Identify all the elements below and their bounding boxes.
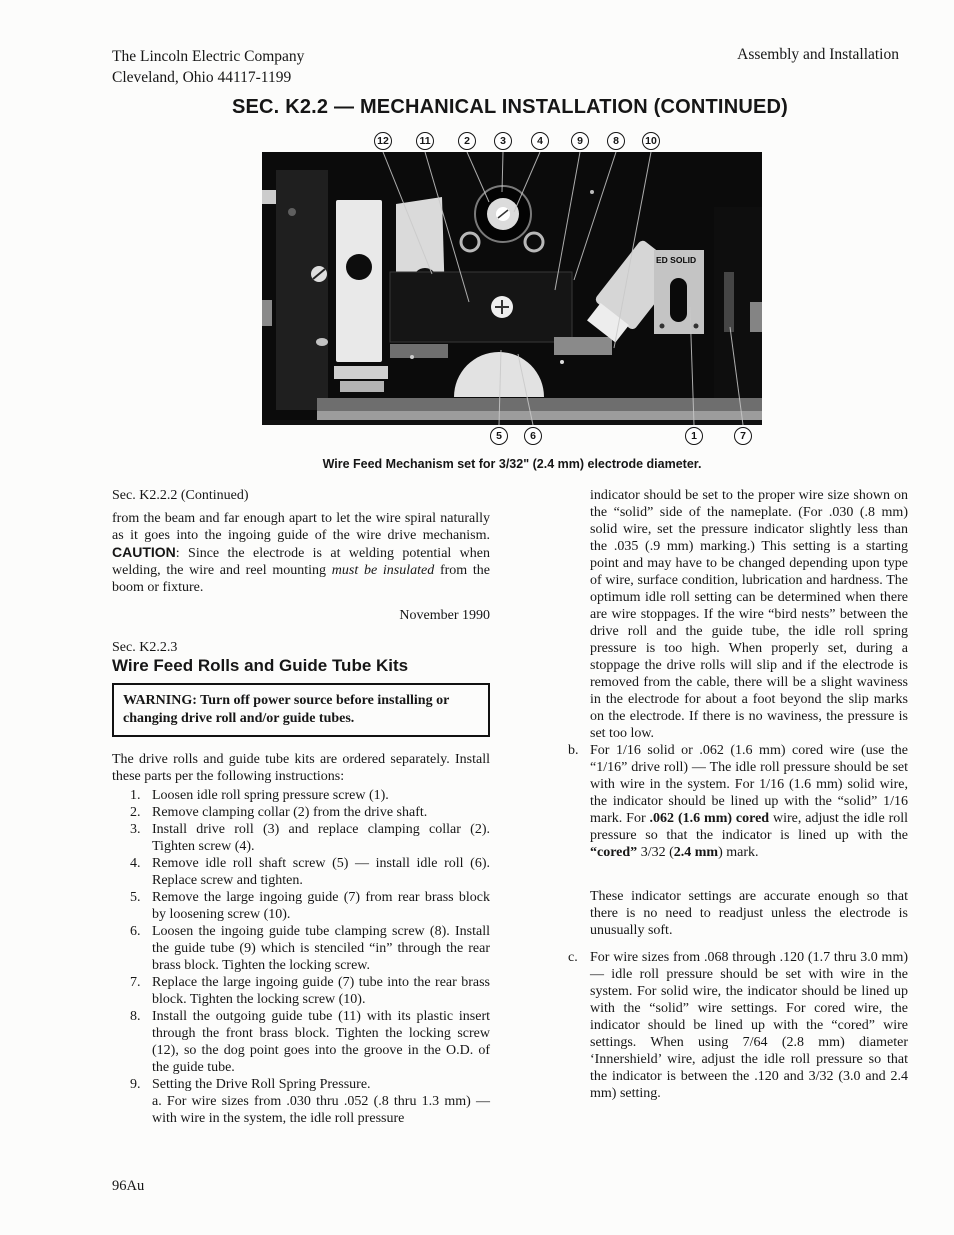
callout-marker: 9 xyxy=(571,132,589,150)
left-column: Sec. K2.2.2 (Continued) from the beam an… xyxy=(112,487,490,1127)
item-text: Replace the large ingoing guide (7) tube… xyxy=(152,974,490,1008)
manual-page: The Lincoln Electric Company Cleveland, … xyxy=(0,0,954,1235)
spacer xyxy=(568,861,908,888)
item-c-text: For wire sizes from .068 through .120 (1… xyxy=(590,949,908,1102)
callouts-top: 12 11 2 3 4 9 8 10 xyxy=(262,130,762,152)
item-c: c. For wire sizes from .068 through .120… xyxy=(568,949,908,1102)
item-b-text: 3/32 ( xyxy=(637,845,674,860)
item-text: Remove clamping collar (2) from the driv… xyxy=(152,804,490,821)
warning-label: WARNING: xyxy=(123,693,197,708)
item-number: 4. xyxy=(130,855,152,889)
item-b-bold: .062 (1.6 mm) cored xyxy=(650,811,770,826)
warning-box: WARNING: Turn off power source before in… xyxy=(112,683,490,737)
instructions-list: 1.Loosen idle roll spring pressure screw… xyxy=(112,787,490,1127)
item-number: 1. xyxy=(130,787,152,804)
clamp-block xyxy=(390,272,572,342)
item-b: b. For 1/16 solid or .062 (1.6 mm) cored… xyxy=(568,742,908,861)
callout-marker: 1 xyxy=(685,427,703,445)
company-address: The Lincoln Electric Company Cleveland, … xyxy=(112,46,304,88)
body-columns: Sec. K2.2.2 (Continued) from the beam an… xyxy=(112,487,908,1127)
paragraph-indicator-settings: These indicator settings are accurate en… xyxy=(590,888,908,939)
section-number: Sec. K2.2.3 xyxy=(112,640,490,656)
figure-caption: Wire Feed Mechanism set for 3/32" (2.4 m… xyxy=(262,457,762,471)
para-text-italic: must be insulated xyxy=(332,563,434,578)
wire-feed-figure: 12 11 2 3 4 9 8 10 xyxy=(262,130,762,471)
item-label: c. xyxy=(568,949,590,1102)
callout-marker: 11 xyxy=(416,132,434,150)
item-text: Setting the Drive Roll Spring Pressure. xyxy=(152,1076,490,1093)
list-item: 8.Install the outgoing guide tube (11) w… xyxy=(112,1008,490,1076)
list-item: 2.Remove clamping collar (2) from the dr… xyxy=(112,804,490,821)
sub-item-text: For wire sizes from .030 thru .052 (.8 t… xyxy=(152,1094,490,1126)
wire-feed-photo-svg: ED SOLID xyxy=(262,152,762,425)
item-number: 2. xyxy=(130,804,152,821)
section-heading: Wire Feed Rolls and Guide Tube Kits xyxy=(112,656,490,676)
company-city: Cleveland, Ohio 44117-1199 xyxy=(112,67,304,88)
item-number: 5. xyxy=(130,889,152,923)
list-item: 9.Setting the Drive Roll Spring Pressure… xyxy=(112,1076,490,1093)
list-item: 3.Install drive roll (3) and replace cla… xyxy=(112,821,490,855)
callout-marker: 8 xyxy=(607,132,625,150)
item-number: 8. xyxy=(130,1008,152,1076)
item-b-bold: 2.4 mm xyxy=(674,845,718,860)
page-number: 96Au xyxy=(112,1178,144,1195)
item-text: Loosen idle roll spring pressure screw (… xyxy=(152,787,490,804)
para-text: from the beam and far enough apart to le… xyxy=(112,511,490,543)
item-text: Loosen the ingoing guide tube clamping s… xyxy=(152,923,490,974)
section-continued-label: Sec. K2.2.2 (Continued) xyxy=(112,487,490,504)
list-item: 1.Loosen idle roll spring pressure screw… xyxy=(112,787,490,804)
header-section-title: Assembly and Installation xyxy=(737,46,899,64)
item-number: 7. xyxy=(130,974,152,1008)
paragraph-pressure-setting: indicator should be set to the proper wi… xyxy=(590,487,908,742)
callout-marker: 2 xyxy=(458,132,476,150)
item-text: Remove the large ingoing guide (7) from … xyxy=(152,889,490,923)
item-text: For 1/16 solid or .062 (1.6 mm) cored wi… xyxy=(590,742,908,861)
caution-label: CAUTION xyxy=(112,544,176,560)
spacer xyxy=(568,939,908,949)
list-item: 6.Loosen the ingoing guide tube clamping… xyxy=(112,923,490,974)
item-number: 9. xyxy=(130,1076,152,1093)
item-number: 3. xyxy=(130,821,152,855)
item-text: Remove idle roll shaft screw (5) — insta… xyxy=(152,855,490,889)
nameplate: ED SOLID xyxy=(654,250,704,334)
callout-marker: 6 xyxy=(524,427,542,445)
callout-marker: 7 xyxy=(734,427,752,445)
callout-marker: 10 xyxy=(642,132,660,150)
callout-marker: 12 xyxy=(374,132,392,150)
item-number: 6. xyxy=(130,923,152,974)
nameplate-label: ED SOLID xyxy=(656,255,696,265)
item-text: Install the outgoing guide tube (11) wit… xyxy=(152,1008,490,1076)
list-item: 7.Replace the large ingoing guide (7) tu… xyxy=(112,974,490,1008)
page-title: SEC. K2.2 — MECHANICAL INSTALLATION (CON… xyxy=(112,96,908,119)
item-label: b. xyxy=(568,742,590,861)
sub-item-a: a. For wire sizes from .030 thru .052 (.… xyxy=(152,1093,490,1127)
right-column: indicator should be set to the proper wi… xyxy=(568,487,908,1127)
callouts-bottom: 5 6 1 7 xyxy=(262,425,762,447)
callout-marker: 4 xyxy=(531,132,549,150)
list-item: 5.Remove the large ingoing guide (7) fro… xyxy=(112,889,490,923)
sub-item-label: a. xyxy=(152,1094,162,1109)
list-item: 4.Remove idle roll shaft screw (5) — ins… xyxy=(112,855,490,889)
item-text: Install drive roll (3) and replace clamp… xyxy=(152,821,490,855)
callout-marker: 5 xyxy=(490,427,508,445)
wire-feed-photo: ED SOLID xyxy=(262,152,762,425)
paragraph-insulation: from the beam and far enough apart to le… xyxy=(112,510,490,596)
revision-date: November 1990 xyxy=(112,608,490,624)
company-name: The Lincoln Electric Company xyxy=(112,46,304,67)
instructions-intro: The drive rolls and guide tube kits are … xyxy=(112,751,490,785)
item-b-bold: “cored” xyxy=(590,845,637,860)
callout-marker: 3 xyxy=(494,132,512,150)
item-b-text: ) mark. xyxy=(718,845,758,860)
